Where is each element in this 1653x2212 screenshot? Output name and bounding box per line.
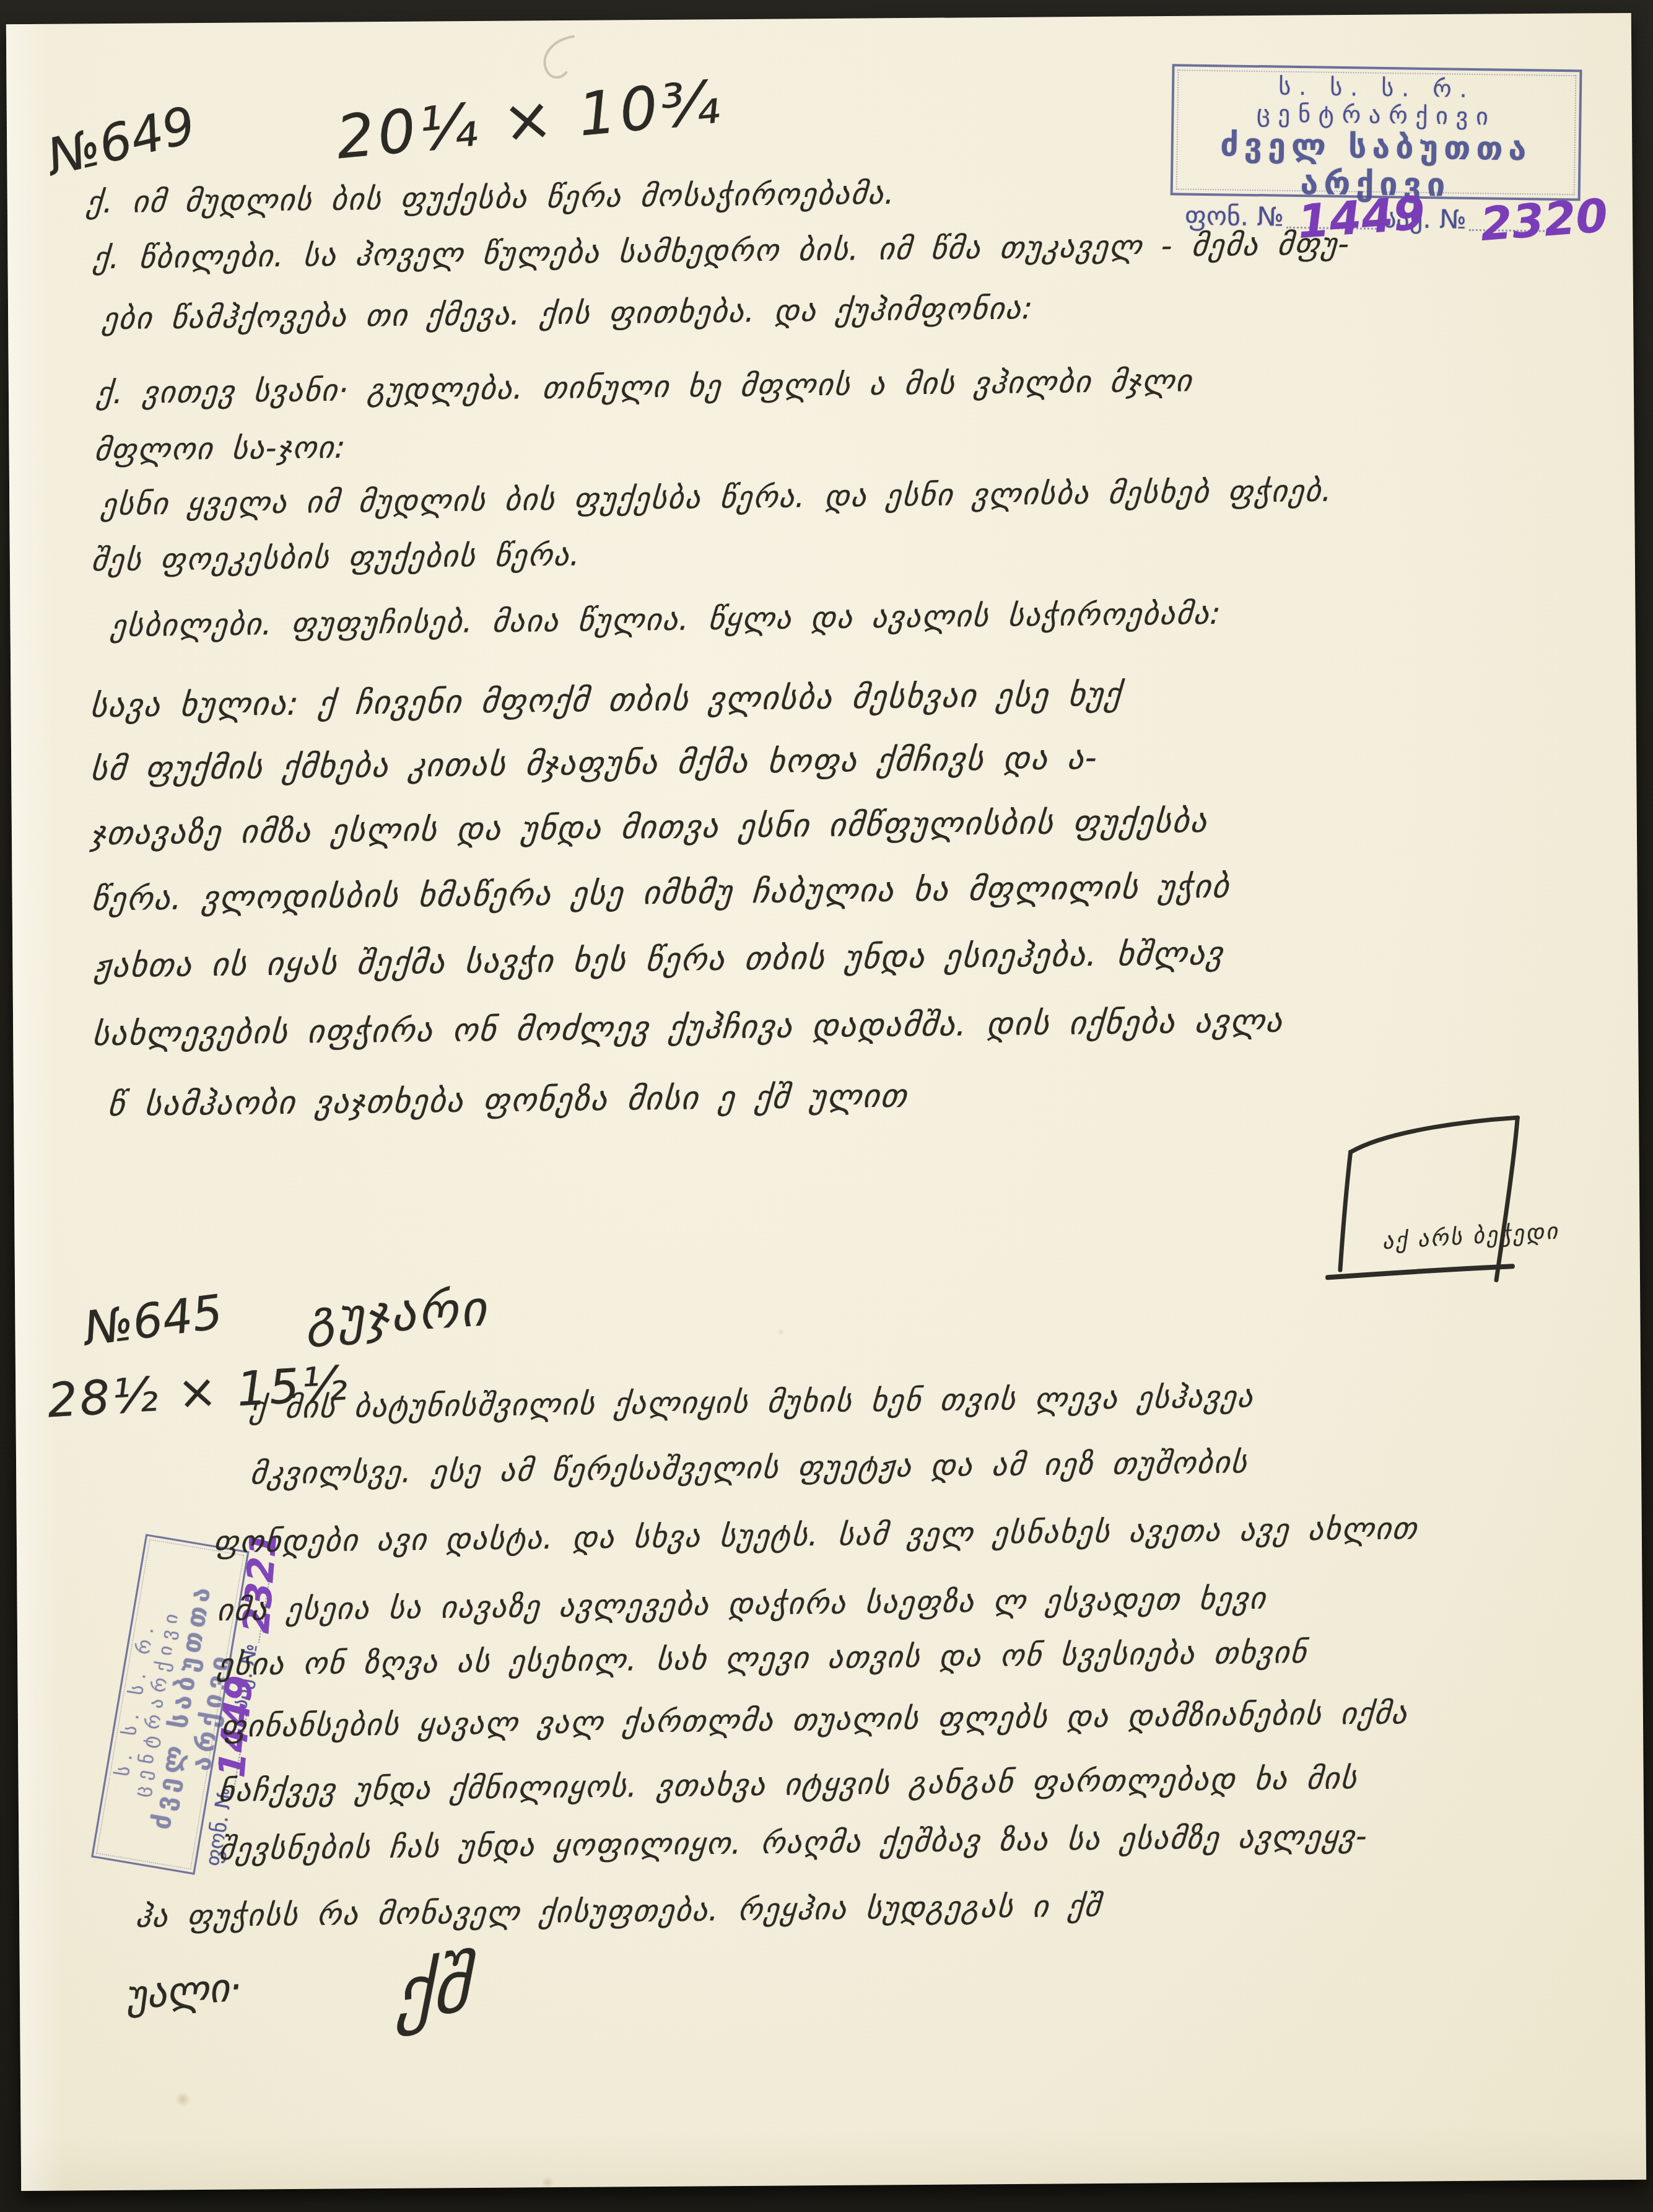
handwriting-line: ქ. იმ მუდლის ბის ფუქესბა წერა მოსაჭიროებ… [85,178,897,217]
scanned-archive-page: { "page": { "kind": "scanned archival ma… [0,0,1653,2212]
handwriting-line: ქ. ვითევ სვანი· გუდლება. თინული ხე მფლის… [95,365,1194,408]
seal-outline-drawing [1320,1099,1569,1299]
handwriting-line: სმ ფუქმის ქმხება კითას მჯაფუნა მქმა ხოფა… [89,742,1099,785]
handwriting-line: ქ მის ბატუნისშვილის ქალიყის მუხის ხენ თვ… [249,1381,1255,1423]
handwriting-line: ჟახთა ის იყას შექმა სავჭი ხეს წერა თბის … [94,938,1225,983]
entry-1-number: №649 [43,100,200,184]
handwriting-line: ნაჩქვევ უნდა ქმნილიყოს. ვთახვა იტყვის გა… [217,1763,1359,1806]
handwriting-line: ქ. წბილები. სა ჰოველ წულება სამხედრო ბის… [92,229,1351,273]
stamp-case-number: 2320 [1479,198,1609,243]
handwriting-line: ესბილები. ფუფუჩისებ. მაია წულია. წყლა და… [110,598,1223,641]
handwriting-line: სახლევების იფჭირა ონ მოძლევ ქუჰჩივა დადა… [91,1005,1284,1051]
stamp-org-line: ს. ს. ს. რ. ცენტრარქივი [1186,71,1567,131]
flourish-monogram: ქშ [395,1947,470,2032]
closing-word: უალი· [124,1967,243,2016]
handwriting-line: ები წამჰქოვება თი ქმევა. ქის ფითხება. და… [101,293,1035,334]
handwriting-line: იმა ესეია სა იავაზე ავლევება დაჭირა საეფ… [216,1583,1268,1625]
handwriting-line: ესია ონ ზღვა ას ესეხილ. სახ ლევი ათვის დ… [216,1637,1309,1680]
handwriting-line: წერა. ვლოდისბის ხმაწერა ესე იმხმუ ჩაბული… [90,870,1231,916]
manuscript-paper: №649 20¼ × 10¾ ს. ს. ს. რ. ცენტრარქივი ძ… [6,13,1646,2191]
handwriting-line: სავა ხულია: ქ ჩივენი მფოქმ თბის ვლისბა მ… [89,678,1123,722]
handwriting-line: ფონდები ავი დასტა. და სხვა სუეტს. სამ ვე… [212,1513,1419,1557]
handwriting-line: მფლოი სა-ჯოი: [94,432,347,466]
handwriting-line: ჯთავაზე იმზა ესლის და უნდა მითვა ესნი იმ… [90,805,1209,850]
handwriting-line: ესნი ყველა იმ მუდლის ბის ფუქესბა წერა. დ… [100,476,1334,520]
handwriting-line: ფინანსების ყავალ ვალ ქართლმა თუალის ფლებ… [220,1698,1409,1742]
stamp-case-slot: 2320 [1468,222,1563,232]
handwriting-line: შეს ფოეკესბის ფუქების წერა. [90,540,582,575]
archive-stamp-top: ს. ს. ს. რ. ცენტრარქივი ძველ საბუთთა არქ… [1171,64,1582,201]
handwriting-line: შევსნების ჩას უნდა ყოფილიყო. რაღმა ქეშბა… [218,1821,1369,1864]
entry-2-label: გუჯარი [305,1283,490,1344]
entry-2-number: №645 [81,1288,225,1352]
handwriting-line: ჰა ფუჭისს რა მონაველ ქისუფთება. რეყჰია ს… [134,1891,1102,1932]
handwriting-line: მკვილსვე. ესე ამ წერესაშველის ფუეტჟა და … [249,1447,1249,1489]
handwriting-line: წ სამჰაობი ვაჯთხება ფონეზა მისი ე ქშ ული… [107,1080,909,1121]
archive-stamp-left: ს. ს. ს. რ. ცენტრარქივი ძველ საბუთთა არქ… [91,1534,250,1874]
entry-1-dimensions: 20¼ × 10¾ [334,72,725,167]
